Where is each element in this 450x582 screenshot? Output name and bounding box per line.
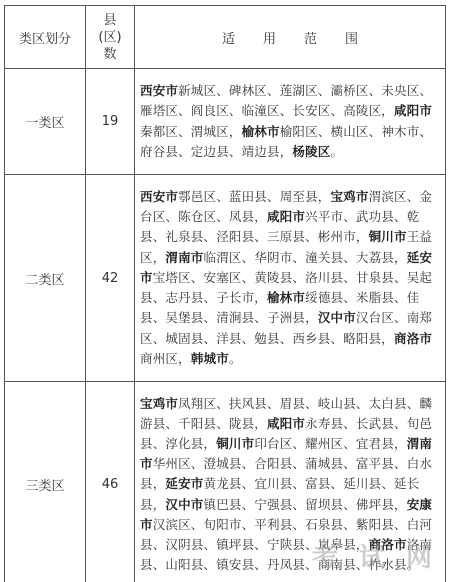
- district-list: 临渭区、华阴市、潼关县、大荔县，: [204, 250, 407, 265]
- city-name: 延安市: [165, 476, 203, 491]
- classification-table: 类区划分 县 (区) 数 适用范围 一类区19西安市新城区、碑林区、莲湖区、灞桥…: [4, 5, 446, 582]
- header-category: 类区划分: [5, 6, 86, 69]
- district-list: 。: [331, 144, 344, 159]
- district-list: 镇巴县、宁强县、留坝县、佛坪县，: [204, 497, 407, 512]
- city-name: 西安市: [140, 83, 178, 98]
- header-count-line3: 数: [86, 46, 134, 63]
- city-name: 榆林市: [267, 290, 305, 305]
- city-name: 铜川市: [369, 229, 407, 244]
- watermark: 考 试 网: [312, 537, 438, 574]
- city-name: 宝鸡市: [140, 396, 178, 411]
- district-list: 。: [229, 351, 242, 366]
- district-list: 印台区、耀州区、宜君县，: [254, 436, 406, 451]
- city-name: 商洛市: [394, 331, 432, 346]
- city-name: 渭南市: [165, 250, 203, 265]
- district-list: 秦都区、渭城区，: [140, 124, 242, 139]
- city-name: 汉中市: [165, 497, 203, 512]
- header-scope: 适用范围: [135, 6, 446, 69]
- district-list: 商州区，: [140, 351, 191, 366]
- header-count-line2: (区): [86, 29, 134, 46]
- count-cell: 19: [86, 69, 135, 175]
- header-count-line1: 县: [86, 12, 134, 29]
- city-name: 榆林市: [242, 124, 280, 139]
- city-name: 汉中市: [318, 310, 356, 325]
- category-cell: 二类区: [5, 175, 86, 382]
- district-list: 新城区、碑林区、莲湖区、灞桥区、未央区、雁塔区、阎良区、临潼区、长安区、高陵区，: [140, 83, 432, 118]
- header-scope-label: 适用范围: [194, 32, 386, 47]
- table-row: 一类区19西安市新城区、碑林区、莲湖区、灞桥区、未央区、雁塔区、阎良区、临潼区、…: [5, 69, 446, 175]
- table-row: 二类区42西安市鄠邑区、蓝田县、周至县，宝鸡市渭滨区、金台区、陈仓区、凤县，咸阳…: [5, 175, 446, 382]
- city-name: 杨陵区: [292, 144, 330, 159]
- city-name: 韩城市: [191, 351, 229, 366]
- category-cell: 一类区: [5, 69, 86, 175]
- table-header-row: 类区划分 县 (区) 数 适用范围: [5, 6, 446, 69]
- city-name: 咸阳市: [394, 103, 432, 118]
- city-name: 宝鸡市: [331, 189, 369, 204]
- city-name: 咸阳市: [267, 416, 305, 431]
- district-list: 鄠邑区、蓝田县、周至县，: [178, 189, 330, 204]
- header-count: 县 (区) 数: [86, 6, 135, 69]
- category-cell: 三类区: [5, 382, 86, 582]
- city-name: 西安市: [140, 189, 178, 204]
- count-cell: 42: [86, 175, 135, 382]
- city-name: 铜川市: [216, 436, 254, 451]
- count-cell: 46: [86, 382, 135, 582]
- scope-cell: 西安市新城区、碑林区、莲湖区、灞桥区、未央区、雁塔区、阎良区、临潼区、长安区、高…: [135, 69, 446, 175]
- scope-cell: 西安市鄠邑区、蓝田县、周至县，宝鸡市渭滨区、金台区、陈仓区、凤县，咸阳市兴平市、…: [135, 175, 446, 382]
- city-name: 咸阳市: [267, 209, 305, 224]
